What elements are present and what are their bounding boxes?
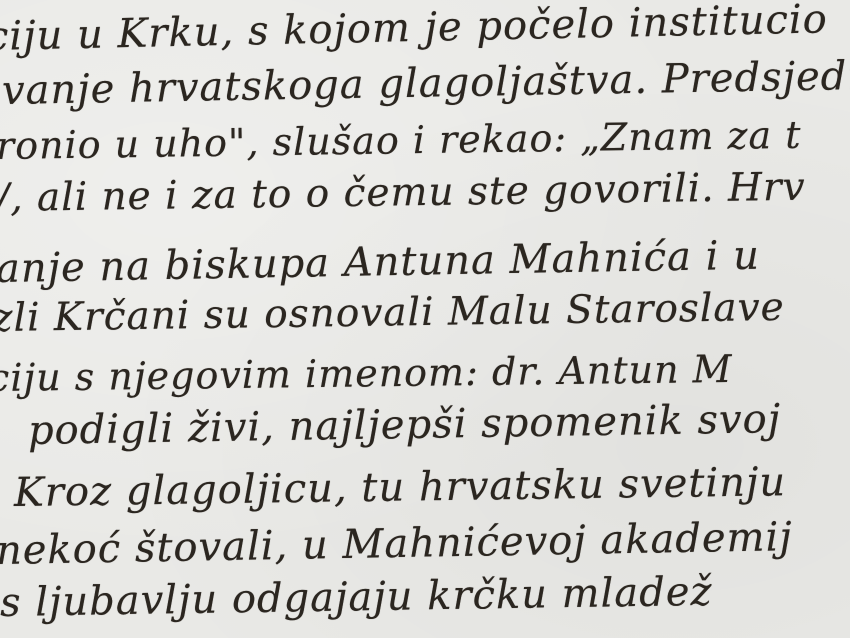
handwritten-line: Kroz glagoljicu, tu hrvatsku svetinju xyxy=(14,459,787,516)
handwritten-line: podigli živi, najljepši spomenik svoj xyxy=(28,396,782,454)
handwritten-line: nekoć štovali, u Mahnićevoj akademij xyxy=(0,514,793,574)
handwritten-line: vanje hrvatskoga glagoljaštva. Predsjedn xyxy=(2,53,850,114)
handwritten-line: /, ali ne i za to o čemu ste govorili. H… xyxy=(0,165,806,221)
handwritten-line: s ljubavlju odgajaju krčku mladež xyxy=(0,569,713,626)
handwritten-line: ciju s njegovim imenom: dr. Antun M xyxy=(0,347,733,400)
manuscript-page: ciju u Krku, s kojom je počelo instituci… xyxy=(0,0,850,638)
handwritten-line: anje na biskupa Antuna Mahnića i u xyxy=(0,233,760,292)
handwritten-line: ronio u uho", slušao i rekao: „Znam za t xyxy=(0,113,802,168)
handwritten-line: ciju u Krku, s kojom je počelo instituci… xyxy=(0,0,828,60)
handwritten-line: zli Krčani su osnovali Malu Staroslave xyxy=(0,285,785,341)
